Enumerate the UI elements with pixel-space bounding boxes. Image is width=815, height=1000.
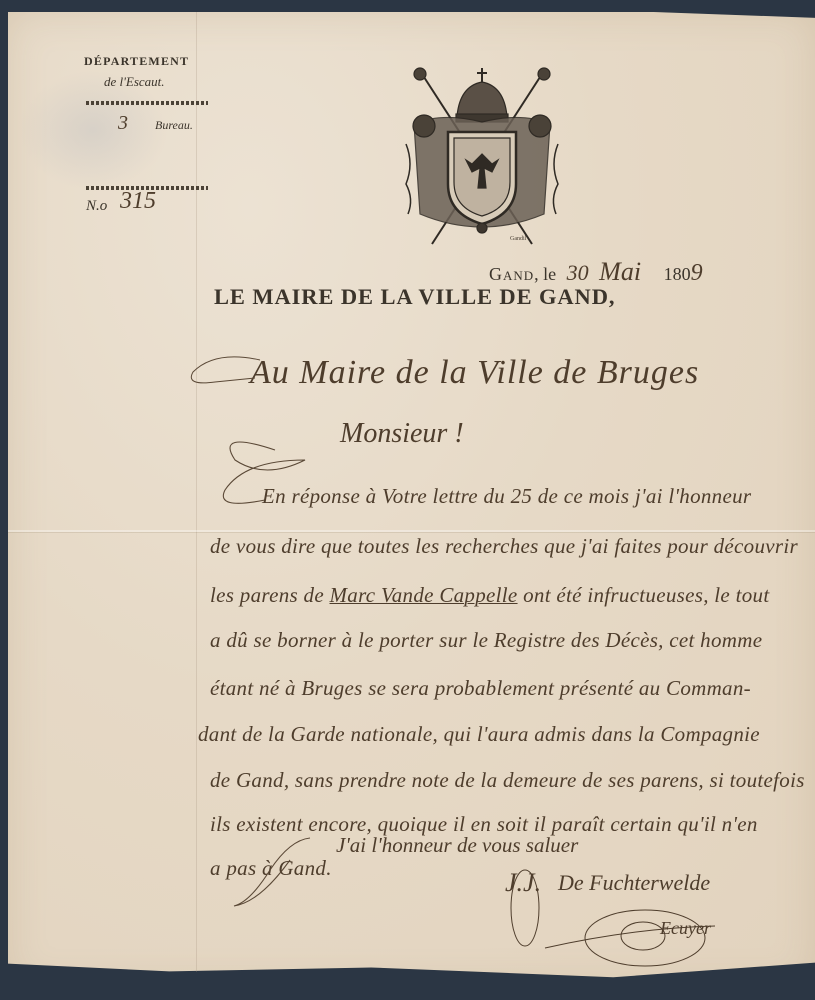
engraver-caption: Gandil [510,236,526,242]
addressee: Au Maire de la Ville de Bruges [250,354,699,392]
date-day: 30 [567,260,589,285]
initial-j-flourish [230,830,320,910]
body-line-1: En réponse à Votre lettre du 25 de ce mo… [262,484,751,509]
letter-heading: LE MAIRE DE LA VILLE DE GAND, [214,284,615,310]
date-year-handwritten: 9 [691,260,703,286]
margin-rule [196,12,197,972]
body-line-6: dant de la Garde nationale, qui l'aura a… [198,722,760,747]
date-year: 1809 [664,264,703,284]
department-label: DÉPARTEMENT [84,54,189,69]
person-name: Marc Vande Cappelle [330,583,518,607]
salutation: Monsieur ! [340,418,464,450]
bureau-number: 3 [118,112,128,135]
imperial-coat-of-arms-icon [402,64,562,250]
place-name: Gand [489,264,534,284]
place-date-line: Gand, le 30 Mai 1809 [489,257,703,287]
body-text: ont été infructueuses, le tout [523,583,769,607]
bureau-label: Bureau. [155,118,193,133]
date-prefix: , le [534,264,556,284]
body-line-4: a dû se borner à le porter sur le Regist… [210,628,762,653]
paper-fold [8,530,815,532]
body-line-7: de Gand, sans prendre note de la demeure… [210,768,805,793]
signature-title: Ecuyer [660,918,711,939]
reference-number: 315 [120,188,156,215]
ornamental-rule [86,101,208,105]
body-text: les parens de [210,583,324,607]
closing-line: J'ai l'honneur de vous saluer [336,833,578,858]
number-label: N.o [86,198,107,215]
flourish-decoration [185,352,265,392]
body-line-2: de vous dire que toutes les recherches q… [210,534,798,559]
date-year-printed: 180 [664,264,691,284]
date-month: Mai [599,257,641,286]
department-name: de l'Escaut. [104,74,165,90]
body-line-3: les parens de Marc Vande Cappelle ont ét… [210,583,769,608]
body-line-5: étant né à Bruges se sera probablement p… [210,676,751,701]
